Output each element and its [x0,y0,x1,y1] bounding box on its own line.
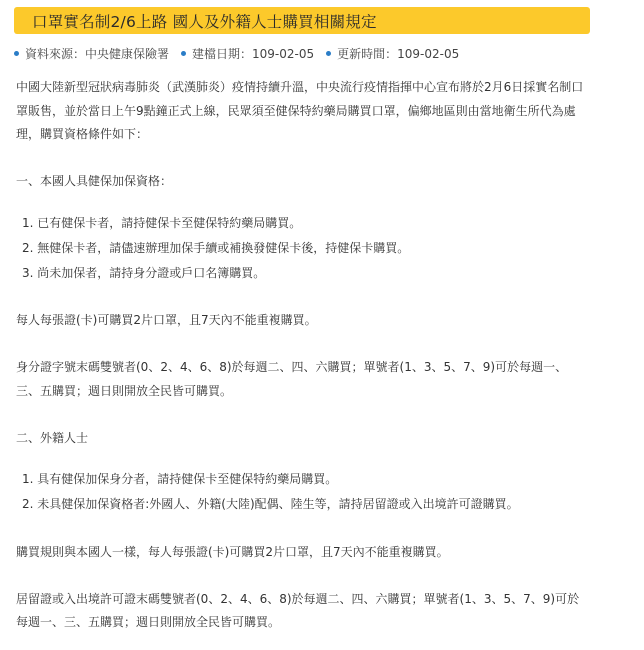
list-item: 2. 未具健保加保資格者:外國人、外籍(大陸)配偶、陸生等，請持居留證或入出境許… [22,492,592,517]
spacer [16,517,592,541]
title-banner: 口罩實名制2/6上路 國人及外籍人士購買相關規定 [14,7,590,34]
meta-source: 資料來源：中央健康保險署 [14,45,169,62]
page-title: 口罩實名制2/6上路 國人及外籍人士購買相關規定 [32,10,377,32]
bullet-dot-icon [326,51,331,56]
section1-schedule: 身分證字號末碼雙號者(0、2、4、6、8)於每週二、四、六購買；單號者(1、3、… [16,356,588,403]
spacer [16,333,592,357]
meta-updated-date: 更新時間：109-02-05 [326,45,459,62]
meta-created-label: 建檔日期：109-02-05 [192,45,314,62]
section2-rule: 購買規則與本國人一樣，每人每張證(卡)可購買2片口罩，且7天內不能重複購買。 [16,541,592,565]
list-item: 2. 無健保卡者，請儘速辦理加保手續或補換發健保卡後，持健保卡購買。 [22,236,592,261]
spacer [16,147,592,171]
bullet-dot-icon [181,51,186,56]
meta-created-date: 建檔日期：109-02-05 [181,45,314,62]
section1-heading: 一、本國人具健保加保資格： [16,170,592,194]
section2-schedule: 居留證或入出境許可證末碼雙號者(0、2、4、6、8)於每週二、四、六購買；單號者… [16,588,588,635]
intro-paragraph: 中國大陸新型冠狀病毒肺炎（武漢肺炎）疫情持續升溫，中央流行疫情指揮中心宣布將於2… [16,76,588,147]
list-item: 1. 具有健保加保身分者，請持健保卡至健保特約藥局購買。 [22,467,592,492]
spacer [16,286,592,310]
spacer [16,450,592,467]
article-body: 中國大陸新型冠狀病毒肺炎（武漢肺炎）疫情持續升溫，中央流行疫情指揮中心宣布將於2… [16,76,592,635]
bullet-dot-icon [14,51,19,56]
section1-list: 1. 已有健保卡者，請持健保卡至健保特約藥局購買。 2. 無健保卡者，請儘速辦理… [22,211,592,286]
spacer [16,564,592,588]
spacer [16,403,592,427]
meta-info: 資料來源：中央健康保險署 建檔日期：109-02-05 更新時間：109-02-… [14,45,471,61]
list-item: 1. 已有健保卡者，請持健保卡至健保特約藥局購買。 [22,211,592,236]
meta-source-label: 資料來源：中央健康保險署 [25,45,169,62]
list-item: 3. 尚未加保者，請持身分證或戶口名簿購買。 [22,261,592,286]
section2-heading: 二、外籍人士 [16,427,592,451]
section1-rule: 每人每張證(卡)可購買2片口罩，且7天內不能重複購買。 [16,309,592,333]
meta-updated-label: 更新時間：109-02-05 [337,45,459,62]
section2-list: 1. 具有健保加保身分者，請持健保卡至健保特約藥局購買。 2. 未具健保加保資格… [22,467,592,517]
spacer [16,194,592,211]
